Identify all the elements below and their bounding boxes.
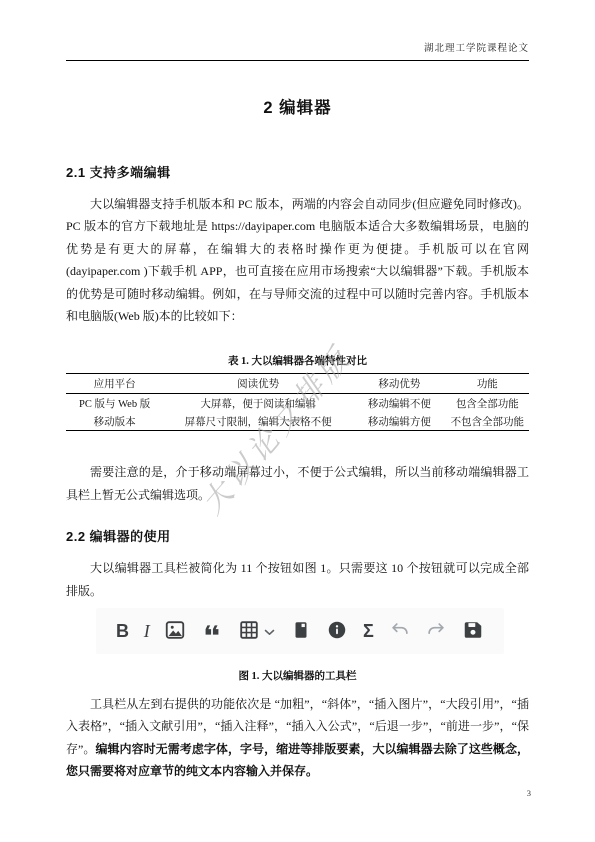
table-caption: 表 1. 大以编辑器各端特性对比 [66, 353, 529, 368]
paragraph: 工具栏从左到右提供的功能依次是 “加粗”，“斜体”，“插入图片”，“大段引用”，… [66, 693, 529, 783]
chapter-title: 2 编辑器 [66, 94, 529, 118]
section-heading-2-1: 2.1 支持多端编辑 [66, 162, 529, 181]
paragraph: 大以编辑器工具栏被简化为 11 个按钮如图 1。只需要这 10 个按钮就可以完成… [66, 557, 529, 602]
save-button[interactable] [462, 616, 484, 646]
paragraph: 需要注意的是，介于移动端屏幕过小，不便于公式编辑，所以当前移动端编辑器工具栏上暂… [66, 461, 529, 506]
save-floppy-icon [462, 619, 484, 644]
comparison-table: 应用平台 阅读优势 移动优势 功能 PC 版与 Web 版 大屏幕，便于阅读和编… [66, 373, 529, 431]
table-cell: 移动编辑不便 [353, 394, 446, 413]
undo-icon [389, 619, 411, 644]
table-header-cell: 阅读优势 [163, 374, 353, 394]
table-options-dropdown[interactable] [264, 616, 275, 646]
header-text: 湖北理工学院课程论文 [424, 44, 529, 54]
table-header-cell: 功能 [446, 374, 529, 394]
insert-citation-button[interactable] [290, 616, 312, 646]
page-number: 3 [527, 788, 531, 798]
table-row: PC 版与 Web 版 大屏幕，便于阅读和编辑 移动编辑不便 包含全部功能 [66, 394, 529, 413]
table-cell: PC 版与 Web 版 [66, 394, 163, 413]
sigma-icon: Σ [363, 621, 374, 642]
insert-annotation-button[interactable] [326, 616, 348, 646]
insert-formula-button[interactable]: Σ [363, 616, 374, 646]
insert-table-button[interactable] [238, 616, 260, 646]
insert-image-button[interactable] [164, 616, 186, 646]
paragraph-bold-run: 编辑内容时无需考虑字体，字号，缩进等排版要素，大以编辑器去除了这些概念，您只需要… [66, 742, 529, 778]
document-page: 湖北理工学院课程论文 2 编辑器 2.1 支持多端编辑 大以编辑器支持手机版本和… [0, 0, 595, 842]
paragraph: 大以编辑器支持手机版本和 PC 版本，两端的内容会自动同步(但应避免同时修改)。… [66, 193, 529, 327]
redo-icon [425, 619, 447, 644]
table-row: 移动版本 屏幕尺寸限制，编辑大表格不便 移动编辑方便 不包含全部功能 [66, 412, 529, 431]
blockquote-button[interactable] [201, 616, 223, 646]
insert-table-group [238, 616, 275, 646]
undo-button[interactable] [389, 616, 411, 646]
table-cell: 不包含全部功能 [446, 412, 529, 431]
table-cell: 包含全部功能 [446, 394, 529, 413]
bold-button[interactable]: B [116, 616, 129, 646]
table-header-cell: 移动优势 [353, 374, 446, 394]
italic-button[interactable]: I [144, 616, 150, 646]
chevron-down-icon [264, 624, 275, 639]
table-cell: 移动编辑方便 [353, 412, 446, 431]
table-cell: 移动版本 [66, 412, 163, 431]
figure-caption: 图 1. 大以编辑器的工具栏 [66, 668, 529, 683]
italic-icon: I [144, 621, 150, 642]
editor-toolbar-figure: B I [96, 608, 504, 654]
citation-book-icon [290, 619, 312, 644]
table-cell: 屏幕尺寸限制，编辑大表格不便 [163, 412, 353, 431]
page-header: 湖北理工学院课程论文 [66, 0, 529, 61]
table-grid-icon [238, 619, 260, 644]
table-header-row: 应用平台 阅读优势 移动优势 功能 [66, 374, 529, 394]
info-circle-icon [326, 619, 348, 644]
table-header-cell: 应用平台 [66, 374, 163, 394]
redo-button[interactable] [425, 616, 447, 646]
image-icon [164, 619, 186, 644]
quote-icon [201, 619, 223, 644]
table-cell: 大屏幕，便于阅读和编辑 [163, 394, 353, 413]
bold-icon: B [116, 621, 129, 642]
section-heading-2-2: 2.2 编辑器的使用 [66, 526, 529, 545]
